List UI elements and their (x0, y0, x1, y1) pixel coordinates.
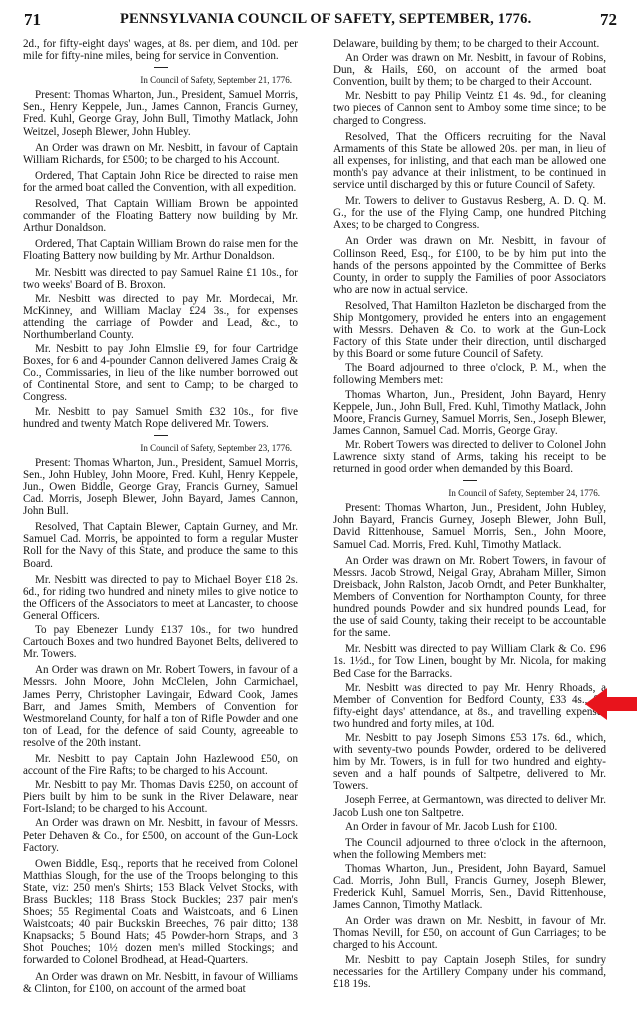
right-column: Delaware, building by them; to be charge… (333, 38, 606, 992)
paragraph: Mr. Nesbitt was directed to pay Samuel R… (23, 267, 298, 291)
running-title: PENNSYLVANIA COUNCIL OF SAFETY, SEPTEMBE… (120, 11, 531, 28)
paragraph: Mr. Nesbitt was directed to pay Mr. Mord… (23, 293, 298, 341)
page-header: 71 PENNSYLVANIA COUNCIL OF SAFETY, SEPTE… (22, 8, 617, 30)
paragraph: Resolved, That Hamilton Hazleton be disc… (333, 300, 606, 360)
paragraph: The Board adjourned to three o'clock, P.… (333, 362, 606, 386)
paragraph: An Order in favour of Mr. Jacob Lush for… (333, 821, 606, 833)
paragraph: Mr. Nesbitt to pay John Elmslie £9, for … (23, 343, 298, 403)
paragraph: An Order was drawn on Mr. Robert Towers,… (333, 555, 606, 640)
left-column: 2d., for fifty-eight days' wages, at 8s.… (23, 38, 298, 997)
section-divider (154, 435, 168, 436)
paragraph: Delaware, building by them; to be charge… (333, 38, 606, 50)
paragraph: Mr. Nesbitt to pay Captain John Hazlewoo… (23, 753, 298, 777)
paragraph: Ordered, That Captain William Brown do r… (23, 238, 298, 262)
paragraph: Mr. Nesbitt to pay Joseph Simons £53 17s… (333, 732, 606, 792)
highlighted-paragraph: Mr. Nesbitt was directed to pay Mr. Henr… (333, 682, 606, 730)
paragraph: An Order was drawn on Mr. Nesbitt, in fa… (333, 915, 606, 951)
paragraph: An Order was drawn on Mr. Nesbitt, in fa… (333, 52, 606, 88)
paragraph: Mr. Nesbitt to pay Samuel Smith £32 10s.… (23, 406, 298, 430)
paragraph: An Order was drawn on Mr. Robert Towers,… (23, 664, 298, 749)
dateline: In Council of Safety, September 24, 1776… (333, 487, 600, 499)
paragraph: Mr. Nesbitt to pay Captain Joseph Stiles… (333, 954, 606, 990)
paragraph: Owen Biddle, Esq., reports that he recei… (23, 858, 298, 967)
paragraph: An Order was drawn on Mr. Nesbitt, in fa… (333, 235, 606, 295)
paragraph: Resolved, That Captain Blewer, Captain G… (23, 521, 298, 569)
paragraph: Mr. Nesbitt was directed to pay William … (333, 643, 606, 679)
paragraph: 2d., for fifty-eight days' wages, at 8s.… (23, 38, 298, 62)
present-members: Present: Thomas Wharton, Jun., President… (333, 502, 606, 550)
section-divider (463, 480, 477, 481)
present-members: Present: Thomas Wharton, Jun., President… (23, 457, 298, 517)
paragraph: Mr. Nesbitt was directed to pay to Micha… (23, 574, 298, 622)
present-members: Present: Thomas Wharton, Jun., President… (23, 89, 298, 137)
dateline: In Council of Safety, September 23, 1776… (23, 442, 292, 454)
paragraph: Mr. Nesbitt to pay Mr. Thomas Davis £250… (23, 779, 298, 815)
paragraph: An Order was drawn on Mr. Nesbitt, in fa… (23, 817, 298, 853)
red-arrow-icon (585, 684, 637, 724)
paragraph: Ordered, That Captain John Rice be direc… (23, 170, 298, 194)
paragraph: To pay Ebenezer Lundy £137 10s., for two… (23, 624, 298, 660)
paragraph: An Order was drawn on Mr. Nesbitt, in fa… (23, 971, 298, 995)
section-divider (154, 67, 168, 68)
dateline: In Council of Safety, September 21, 1776… (23, 74, 292, 86)
present-members: Thomas Wharton, Jun., President, John Ba… (333, 863, 606, 911)
paragraph: Mr. Towers to deliver to Gustavus Resber… (333, 195, 606, 231)
paragraph: Resolved, That Captain William Brown be … (23, 198, 298, 234)
present-members: Thomas Wharton, Jun., President, John Ba… (333, 389, 606, 437)
page-number-right: 72 (600, 10, 617, 30)
paragraph: Mr. Nesbitt to pay Philip Veintz £1 4s. … (333, 90, 606, 126)
paragraph: Joseph Ferree, at Germantown, was direct… (333, 794, 606, 818)
paragraph: An Order was drawn on Mr. Nesbitt, in fa… (23, 142, 298, 166)
paragraph: Resolved, That the Officers recruiting f… (333, 131, 606, 191)
paragraph: Mr. Robert Towers was directed to delive… (333, 439, 606, 475)
paragraph: The Council adjourned to three o'clock i… (333, 837, 606, 861)
page-number-left: 71 (24, 10, 41, 30)
